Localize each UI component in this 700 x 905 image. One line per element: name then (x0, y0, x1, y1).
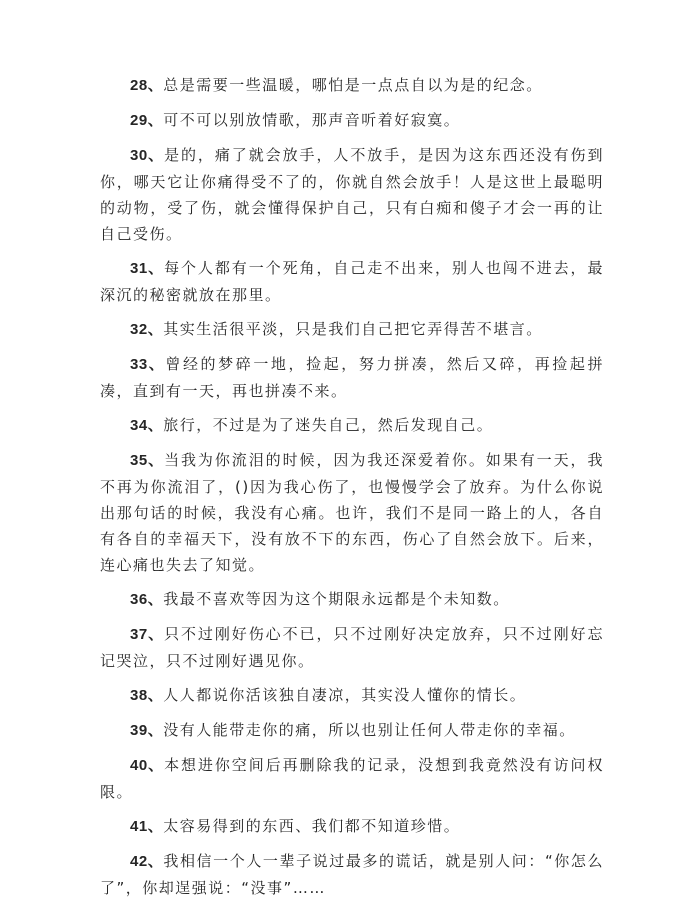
quote-text: 可不可以别放情歌，那声音听着好寂寞。 (163, 111, 460, 129)
quote-separator: 、 (148, 626, 164, 643)
quote-text: 我最不喜欢等因为这个期限永远都是个未知数。 (163, 590, 510, 608)
quote-separator: 、 (148, 260, 164, 277)
quote-number: 41 (130, 818, 148, 835)
quote-paragraph: 38、人人都说你活该独自凄凉，其实没人懂你的情长。 (100, 682, 604, 709)
quote-text: 当我为你流泪的时候，因为我还深爱着你。如果有一天，我不再为你流泪了，()因为我心… (100, 451, 604, 574)
quote-number: 29 (130, 112, 148, 129)
quote-paragraph: 41、太容易得到的东西、我们都不知道珍惜。 (100, 813, 604, 840)
document-page: 28、总是需要一些温暖，哪怕是一点点自以为是的纪念。 29、可不可以别放情歌，那… (0, 0, 700, 905)
quote-text: 其实生活很平淡，只是我们自己把它弄得苦不堪言。 (163, 320, 543, 338)
quote-paragraph: 28、总是需要一些温暖，哪怕是一点点自以为是的纪念。 (100, 72, 604, 99)
quote-paragraph: 33、曾经的梦碎一地，捡起，努力拼凑，然后又碎，再捡起拼凑，直到有一天，再也拼凑… (100, 351, 604, 404)
quote-paragraph: 36、我最不喜欢等因为这个期限永远都是个未知数。 (100, 586, 604, 613)
quote-separator: 、 (148, 112, 164, 129)
quote-paragraph: 30、是的，痛了就会放手，人不放手，是因为这东西还没有伤到你，哪天它让你痛得受不… (100, 142, 604, 247)
quote-number: 39 (130, 722, 148, 739)
quote-separator: 、 (148, 722, 164, 739)
quote-paragraph: 40、本想进你空间后再删除我的记录，没想到我竟然没有访问权限。 (100, 752, 604, 805)
quote-paragraph: 42、我相信一个人一辈子说过最多的谎话，就是别人问：“你怎么了”，你却逞强说：“… (100, 848, 604, 901)
quote-separator: 、 (148, 321, 164, 338)
quote-separator: 、 (148, 356, 166, 373)
quote-paragraph: 35、当我为你流泪的时候，因为我还深爱着你。如果有一天，我不再为你流泪了，()因… (100, 447, 604, 578)
quote-separator: 、 (148, 818, 164, 835)
quote-number: 32 (130, 321, 148, 338)
quote-paragraph: 37、只不过刚好伤心不已，只不过刚好决定放弃，只不过刚好忘记哭泣，只不过刚好遇见… (100, 621, 604, 674)
quote-text: 本想进你空间后再删除我的记录，没想到我竟然没有访问权限。 (100, 756, 604, 801)
quote-paragraph: 31、每个人都有一个死角，自己走不出来，别人也闯不进去，最深沉的秘密就放在那里。 (100, 255, 604, 308)
quote-separator: 、 (148, 147, 164, 164)
quote-paragraph: 32、其实生活很平淡，只是我们自己把它弄得苦不堪言。 (100, 316, 604, 343)
quote-number: 37 (130, 626, 148, 643)
quote-text: 没有人能带走你的痛，所以也别让任何人带走你的幸福。 (163, 721, 576, 739)
quote-number: 42 (130, 853, 148, 870)
quote-paragraph: 39、没有人能带走你的痛，所以也别让任何人带走你的幸福。 (100, 717, 604, 744)
quote-separator: 、 (148, 417, 164, 434)
quote-separator: 、 (148, 452, 164, 469)
quote-number: 33 (130, 356, 148, 373)
quote-separator: 、 (148, 757, 164, 774)
quote-text: 太容易得到的东西、我们都不知道珍惜。 (163, 817, 460, 835)
quote-paragraph: 34、旅行，不过是为了迷失自己，然后发现自己。 (100, 412, 604, 439)
quote-separator: 、 (148, 77, 164, 94)
quote-number: 30 (130, 147, 148, 164)
quote-number: 34 (130, 417, 148, 434)
quote-number: 36 (130, 591, 148, 608)
quote-number: 38 (130, 687, 148, 704)
quote-text: 总是需要一些温暖，哪怕是一点点自以为是的纪念。 (163, 76, 543, 94)
quote-separator: 、 (148, 853, 164, 870)
quote-number: 31 (130, 260, 148, 277)
quote-text: 是的，痛了就会放手，人不放手，是因为这东西还没有伤到你，哪天它让你痛得受不了的，… (100, 146, 604, 243)
quote-text: 旅行，不过是为了迷失自己，然后发现自己。 (163, 416, 493, 434)
quote-number: 40 (130, 757, 148, 774)
quote-text: 每个人都有一个死角，自己走不出来，别人也闯不进去，最深沉的秘密就放在那里。 (100, 259, 604, 304)
quote-text: 只不过刚好伤心不已，只不过刚好决定放弃，只不过刚好忘记哭泣，只不过刚好遇见你。 (100, 625, 604, 670)
quote-separator: 、 (148, 687, 164, 704)
quote-paragraph: 29、可不可以别放情歌，那声音听着好寂寞。 (100, 107, 604, 134)
quote-separator: 、 (148, 591, 164, 608)
quote-number: 28 (130, 77, 148, 94)
quote-text: 曾经的梦碎一地，捡起，努力拼凑，然后又碎，再捡起拼凑，直到有一天，再也拼凑不来。 (100, 355, 604, 400)
quote-text: 我相信一个人一辈子说过最多的谎话，就是别人问：“你怎么了”，你却逞强说：“没事”… (100, 852, 604, 897)
quote-number: 35 (130, 452, 148, 469)
quote-text: 人人都说你活该独自凄凉，其实没人懂你的情长。 (163, 686, 526, 704)
